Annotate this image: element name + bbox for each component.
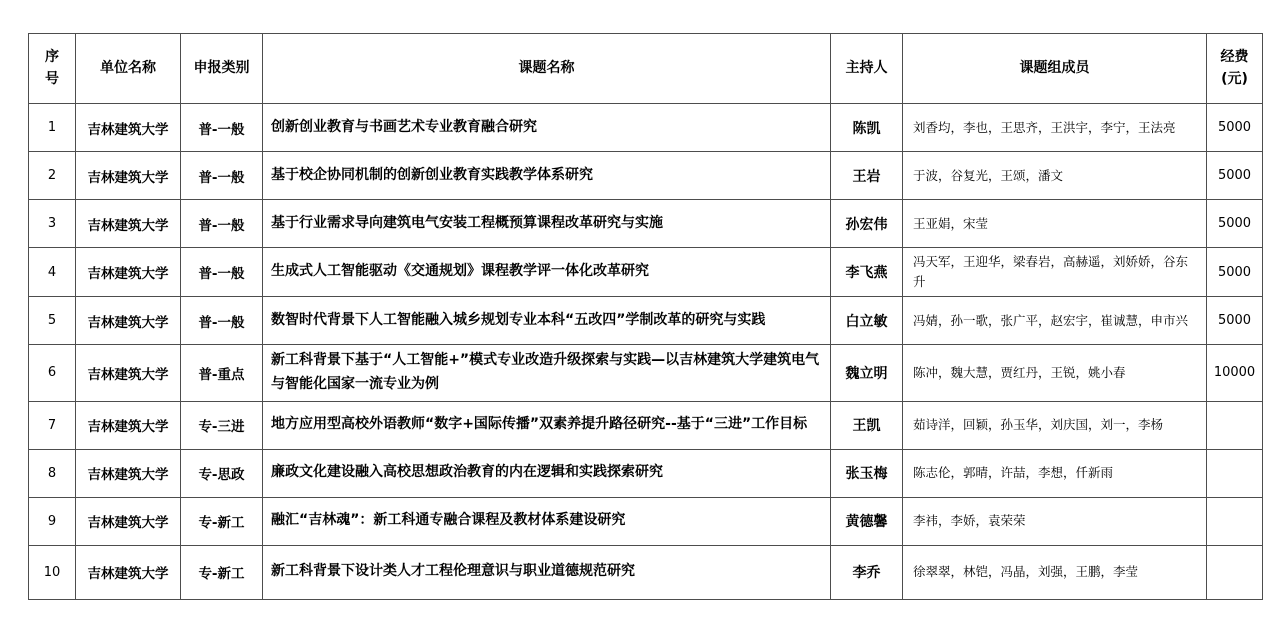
title-cell: 融汇“吉林魂”：新工科通专融合课程及教材体系建设研究 [263,497,831,545]
host-cell: 张玉梅 [831,449,903,497]
title-cell: 新工科背景下基于“人工智能+”模式专业改造升级探索与实践—以吉林建筑大学建筑电气… [263,345,831,402]
unit-cell: 吉林建筑大学 [76,104,181,152]
header-unit: 单位名称 [76,34,181,104]
row-no-cell: 5 [29,297,76,345]
table-row: 6 吉林建筑大学 普-重点 新工科背景下基于“人工智能+”模式专业改造升级探索与… [29,345,1263,402]
category-cell: 普-一般 [181,248,263,297]
table-row: 1 吉林建筑大学 普-一般 创新创业教育与书画艺术专业教育融合研究 陈凯 刘香均… [29,104,1263,152]
category-cell: 普-重点 [181,345,263,402]
fee-cell: 5000 [1207,152,1263,200]
category-cell: 普-一般 [181,152,263,200]
row-no-cell: 2 [29,152,76,200]
members-cell: 茹诗洋，回颖，孙玉华，刘庆国，刘一，李杨 [903,401,1207,449]
table-row: 3 吉林建筑大学 普-一般 基于行业需求导向建筑电气安装工程概预算课程改革研究与… [29,200,1263,248]
members-cell: 陈志伦，郭晴，许喆，李想，仟新雨 [903,449,1207,497]
table-row: 10 吉林建筑大学 专-新工 新工科背景下设计类人才工程伦理意识与职业道德规范研… [29,545,1263,599]
host-cell: 黄德馨 [831,497,903,545]
unit-cell: 吉林建筑大学 [76,152,181,200]
fee-cell: 5000 [1207,297,1263,345]
category-cell: 普-一般 [181,200,263,248]
category-cell: 专-新工 [181,497,263,545]
row-no-cell: 10 [29,545,76,599]
table-row: 5 吉林建筑大学 普-一般 数智时代背景下人工智能融入城乡规划专业本科“五改四”… [29,297,1263,345]
fee-cell: 10000 [1207,345,1263,402]
table-row: 4 吉林建筑大学 普-一般 生成式人工智能驱动《交通规划》课程教学评一体化改革研… [29,248,1263,297]
members-cell: 于波，谷复光，王颂，潘文 [903,152,1207,200]
members-cell: 刘香均，李也，王思齐，王洪宇，李宁，王法亮 [903,104,1207,152]
table-body: 1 吉林建筑大学 普-一般 创新创业教育与书画艺术专业教育融合研究 陈凯 刘香均… [29,104,1263,600]
unit-cell: 吉林建筑大学 [76,297,181,345]
fee-cell: 5000 [1207,200,1263,248]
host-cell: 魏立明 [831,345,903,402]
title-cell: 新工科背景下设计类人才工程伦理意识与职业道德规范研究 [263,545,831,599]
category-cell: 普-一般 [181,297,263,345]
header-title: 课题名称 [263,34,831,104]
header-members: 课题组成员 [903,34,1207,104]
title-cell: 基于行业需求导向建筑电气安装工程概预算课程改革研究与实施 [263,200,831,248]
table-row: 8 吉林建筑大学 专-思政 廉政文化建设融入高校思想政治教育的内在逻辑和实践探索… [29,449,1263,497]
title-cell: 地方应用型高校外语教师“数字+国际传播”双素养提升路径研究--基于“三进”工作目… [263,401,831,449]
row-no-cell: 6 [29,345,76,402]
unit-cell: 吉林建筑大学 [76,200,181,248]
members-cell: 李祎，李娇，袁荣荣 [903,497,1207,545]
fee-cell [1207,449,1263,497]
members-cell: 王亚娟，宋莹 [903,200,1207,248]
host-cell: 王岩 [831,152,903,200]
host-cell: 白立敏 [831,297,903,345]
header-no: 序 号 [29,34,76,104]
header-host: 主持人 [831,34,903,104]
host-cell: 李飞燕 [831,248,903,297]
members-cell: 冯天军，王迎华，梁春岩，高赫遥，刘娇娇，谷东升 [903,248,1207,297]
title-cell: 廉政文化建设融入高校思想政治教育的内在逻辑和实践探索研究 [263,449,831,497]
members-cell: 陈冲，魏大慧，贾红丹，王锐，姚小春 [903,345,1207,402]
title-cell: 创新创业教育与书画艺术专业教育融合研究 [263,104,831,152]
members-cell: 徐翠翠，林铠，冯晶，刘强，王鹏，李莹 [903,545,1207,599]
category-cell: 专-三进 [181,401,263,449]
host-cell: 孙宏伟 [831,200,903,248]
category-cell: 专-思政 [181,449,263,497]
header-fee: 经费 (元) [1207,34,1263,104]
header-category: 申报类别 [181,34,263,104]
row-no-cell: 4 [29,248,76,297]
table-header: 序 号 单位名称 申报类别 课题名称 主持人 课题组成员 经费 (元) [29,34,1263,104]
members-cell: 冯婧，孙一歌，张广平，赵宏宇，崔诚慧，申市兴 [903,297,1207,345]
category-cell: 专-新工 [181,545,263,599]
fee-cell [1207,545,1263,599]
unit-cell: 吉林建筑大学 [76,345,181,402]
row-no-cell: 1 [29,104,76,152]
host-cell: 王凯 [831,401,903,449]
unit-cell: 吉林建筑大学 [76,497,181,545]
unit-cell: 吉林建筑大学 [76,401,181,449]
projects-table: 序 号 单位名称 申报类别 课题名称 主持人 课题组成员 经费 (元) 1 吉林… [28,33,1263,600]
host-cell: 陈凯 [831,104,903,152]
unit-cell: 吉林建筑大学 [76,545,181,599]
row-no-cell: 9 [29,497,76,545]
fee-cell: 5000 [1207,104,1263,152]
table-row: 2 吉林建筑大学 普-一般 基于校企协同机制的创新创业教育实践教学体系研究 王岩… [29,152,1263,200]
unit-cell: 吉林建筑大学 [76,449,181,497]
category-cell: 普-一般 [181,104,263,152]
row-no-cell: 7 [29,401,76,449]
host-cell: 李乔 [831,545,903,599]
title-cell: 生成式人工智能驱动《交通规划》课程教学评一体化改革研究 [263,248,831,297]
unit-cell: 吉林建筑大学 [76,248,181,297]
title-cell: 基于校企协同机制的创新创业教育实践教学体系研究 [263,152,831,200]
fee-cell [1207,401,1263,449]
fee-cell [1207,497,1263,545]
row-no-cell: 3 [29,200,76,248]
table-row: 7 吉林建筑大学 专-三进 地方应用型高校外语教师“数字+国际传播”双素养提升路… [29,401,1263,449]
row-no-cell: 8 [29,449,76,497]
table-row: 9 吉林建筑大学 专-新工 融汇“吉林魂”：新工科通专融合课程及教材体系建设研究… [29,497,1263,545]
page: 序 号 单位名称 申报类别 课题名称 主持人 课题组成员 经费 (元) 1 吉林… [0,0,1284,625]
fee-cell: 5000 [1207,248,1263,297]
title-cell: 数智时代背景下人工智能融入城乡规划专业本科“五改四”学制改革的研究与实践 [263,297,831,345]
header-row: 序 号 单位名称 申报类别 课题名称 主持人 课题组成员 经费 (元) [29,34,1263,104]
